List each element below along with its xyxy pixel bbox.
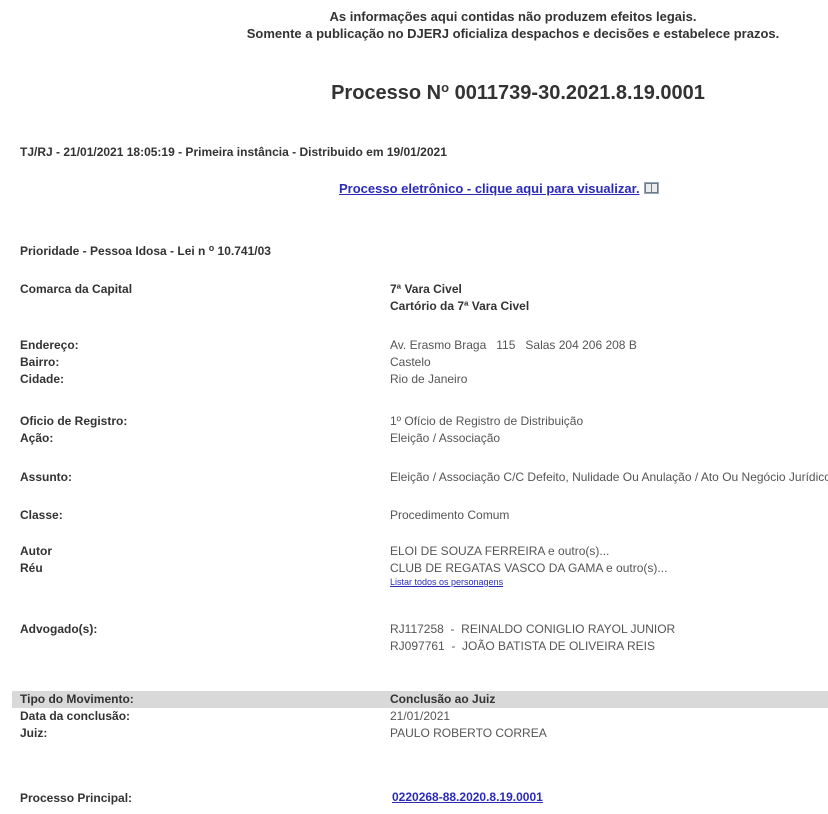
bairro-label: Bairro: (20, 354, 79, 371)
page-title: Processo No 0011739-30.2021.8.19.0001 (0, 80, 828, 105)
movement-labels: Tipo do Movimento: Data da conclusão: Ju… (20, 691, 134, 742)
acao-value: Eleição / Associação (390, 430, 583, 447)
address-values: Av. Erasmo Braga 115 Salas 204 206 208 B… (390, 337, 637, 388)
classe-value: Procedimento Comum (390, 507, 509, 524)
comarca-label: Comarca da Capital (20, 281, 132, 298)
endereco-value: Av. Erasmo Braga 115 Salas 204 206 208 B (390, 337, 637, 354)
processo-principal-label: Processo Principal: (20, 790, 132, 807)
oficio-acao-labels: Oficio de Registro: Ação: (20, 413, 127, 447)
title-prefix: Processo N (331, 82, 441, 104)
advogados-label: Advogado(s): (20, 621, 97, 638)
autor-label: Autor (20, 543, 52, 560)
priority-line: Prioridade - Pessoa Idosa - Lei n o 10.7… (20, 243, 271, 258)
comarca-value: 7ª Vara Civel Cartório da 7ª Vara Civel (390, 281, 529, 315)
classe-label: Classe: (20, 507, 63, 524)
legal-disclaimer: As informações aqui contidas não produze… (0, 8, 828, 42)
address-labels: Endereço: Bairro: Cidade: (20, 337, 79, 388)
priority-suffix: 10.741/03 (214, 244, 271, 258)
data-conclusao-value: 21/01/2021 (390, 708, 547, 725)
cidade-label: Cidade: (20, 371, 79, 388)
oficio-acao-values: 1º Ofício de Registro de Distribuição El… (390, 413, 583, 447)
data-conclusao-label: Data da conclusão: (20, 708, 134, 725)
parties-values: ELOI DE SOUZA FERREIRA e outro(s)... CLU… (390, 543, 667, 588)
title-sup: o (441, 80, 449, 95)
process-meta-line: TJ/RJ - 21/01/2021 18:05:19 - Primeira i… (20, 145, 447, 159)
reu-label: Réu (20, 560, 52, 577)
electronic-process-link[interactable]: Processo eletrônico - clique aqui para v… (339, 181, 659, 196)
bairro-value: Castelo (390, 354, 637, 371)
tipo-movimento-label: Tipo do Movimento: (20, 691, 134, 708)
autor-value: ELOI DE SOUZA FERREIRA e outro(s)... (390, 543, 667, 560)
process-number: 0011739-30.2021.8.19.0001 (455, 82, 705, 104)
movement-values: Conclusão ao Juiz 21/01/2021 PAULO ROBER… (390, 691, 547, 742)
assunto-value: Eleição / Associação C/C Defeito, Nulida… (390, 469, 828, 486)
advogado-item: RJ117258 - REINALDO CONIGLIO RAYOL JUNIO… (390, 621, 675, 638)
oficio-label: Oficio de Registro: (20, 413, 127, 430)
disclaimer-line-1: As informações aqui contidas não produze… (198, 8, 828, 25)
book-icon[interactable] (644, 182, 659, 194)
juiz-label: Juiz: (20, 725, 134, 742)
oficio-value: 1º Ofício de Registro de Distribuição (390, 413, 583, 430)
electronic-process-link-label[interactable]: Processo eletrônico - clique aqui para v… (339, 181, 640, 196)
acao-label: Ação: (20, 430, 127, 447)
tipo-movimento-value: Conclusão ao Juiz (390, 691, 547, 708)
vara-name: 7ª Vara Civel (390, 281, 529, 298)
cartorio-name: Cartório da 7ª Vara Civel (390, 298, 529, 315)
cidade-value: Rio de Janeiro (390, 371, 637, 388)
parties-labels: Autor Réu (20, 543, 52, 577)
disclaimer-line-2: Somente a publicação no DJERJ oficializa… (198, 25, 828, 42)
advogados-values: RJ117258 - REINALDO CONIGLIO RAYOL JUNIO… (390, 621, 675, 655)
juiz-value: PAULO ROBERTO CORREA (390, 725, 547, 742)
reu-value: CLUB DE REGATAS VASCO DA GAMA e outro(s)… (390, 560, 667, 577)
priority-prefix: Prioridade - Pessoa Idosa - Lei n (20, 244, 209, 258)
list-all-parties-link[interactable]: Listar todos os personagens (390, 577, 667, 588)
processo-principal-link[interactable]: 0220268-88.2020.8.19.0001 (392, 790, 543, 804)
endereco-label: Endereço: (20, 337, 79, 354)
advogado-item: RJ097761 - JOÃO BATISTA DE OLIVEIRA REIS (390, 638, 675, 655)
assunto-label: Assunto: (20, 469, 72, 486)
